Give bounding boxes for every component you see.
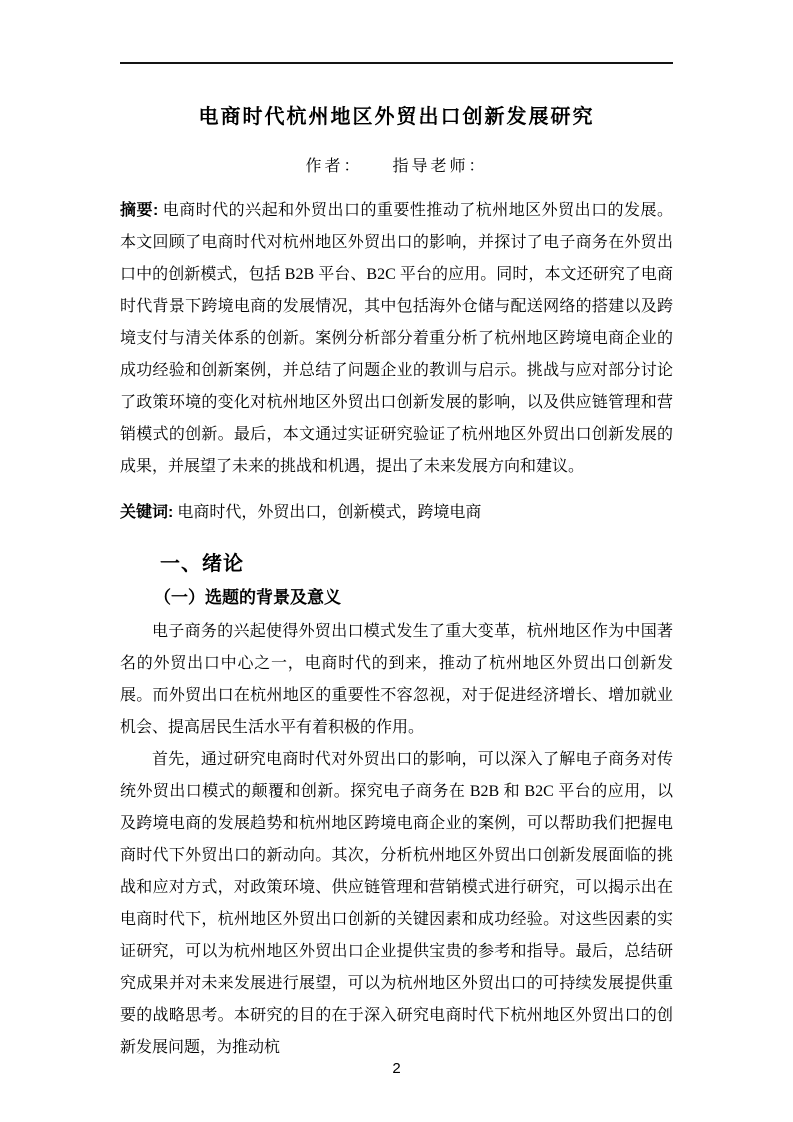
keywords-line: 关键词: 电商时代，外贸出口，创新模式，跨境电商: [120, 497, 673, 529]
body-paragraph: 首先，通过研究电商时代对外贸出口的影响，可以深入了解电子商务对传统外贸出口模式的…: [120, 744, 673, 1064]
page-number: 2: [0, 1060, 793, 1078]
keywords-label: 关键词:: [120, 504, 173, 521]
keywords-text: 电商时代，外贸出口，创新模式，跨境电商: [173, 504, 481, 521]
author-supervisor-line: 作者： 指导老师：: [120, 156, 673, 178]
body-paragraph: 电子商务的兴起使得外贸出口模式发生了重大变革，杭州地区作为中国著名的外贸出口中心…: [120, 616, 673, 744]
section-heading-introduction: 一、绪论: [120, 549, 673, 579]
header-rule: [120, 0, 673, 64]
document-page: 电商时代杭州地区外贸出口创新发展研究 作者： 指导老师： 摘要: 电商时代的兴起…: [0, 0, 793, 1122]
subsection-heading-background: （一）选题的背景及意义: [120, 584, 673, 612]
abstract-text: 电商时代的兴起和外贸出口的重要性推动了杭州地区外贸出口的发展。本文回顾了电商时代…: [120, 202, 673, 475]
abstract-paragraph: 摘要: 电商时代的兴起和外贸出口的重要性推动了杭州地区外贸出口的发展。本文回顾了…: [120, 195, 673, 483]
paper-title: 电商时代杭州地区外贸出口创新发展研究: [120, 104, 673, 130]
abstract-label: 摘要:: [120, 202, 158, 219]
